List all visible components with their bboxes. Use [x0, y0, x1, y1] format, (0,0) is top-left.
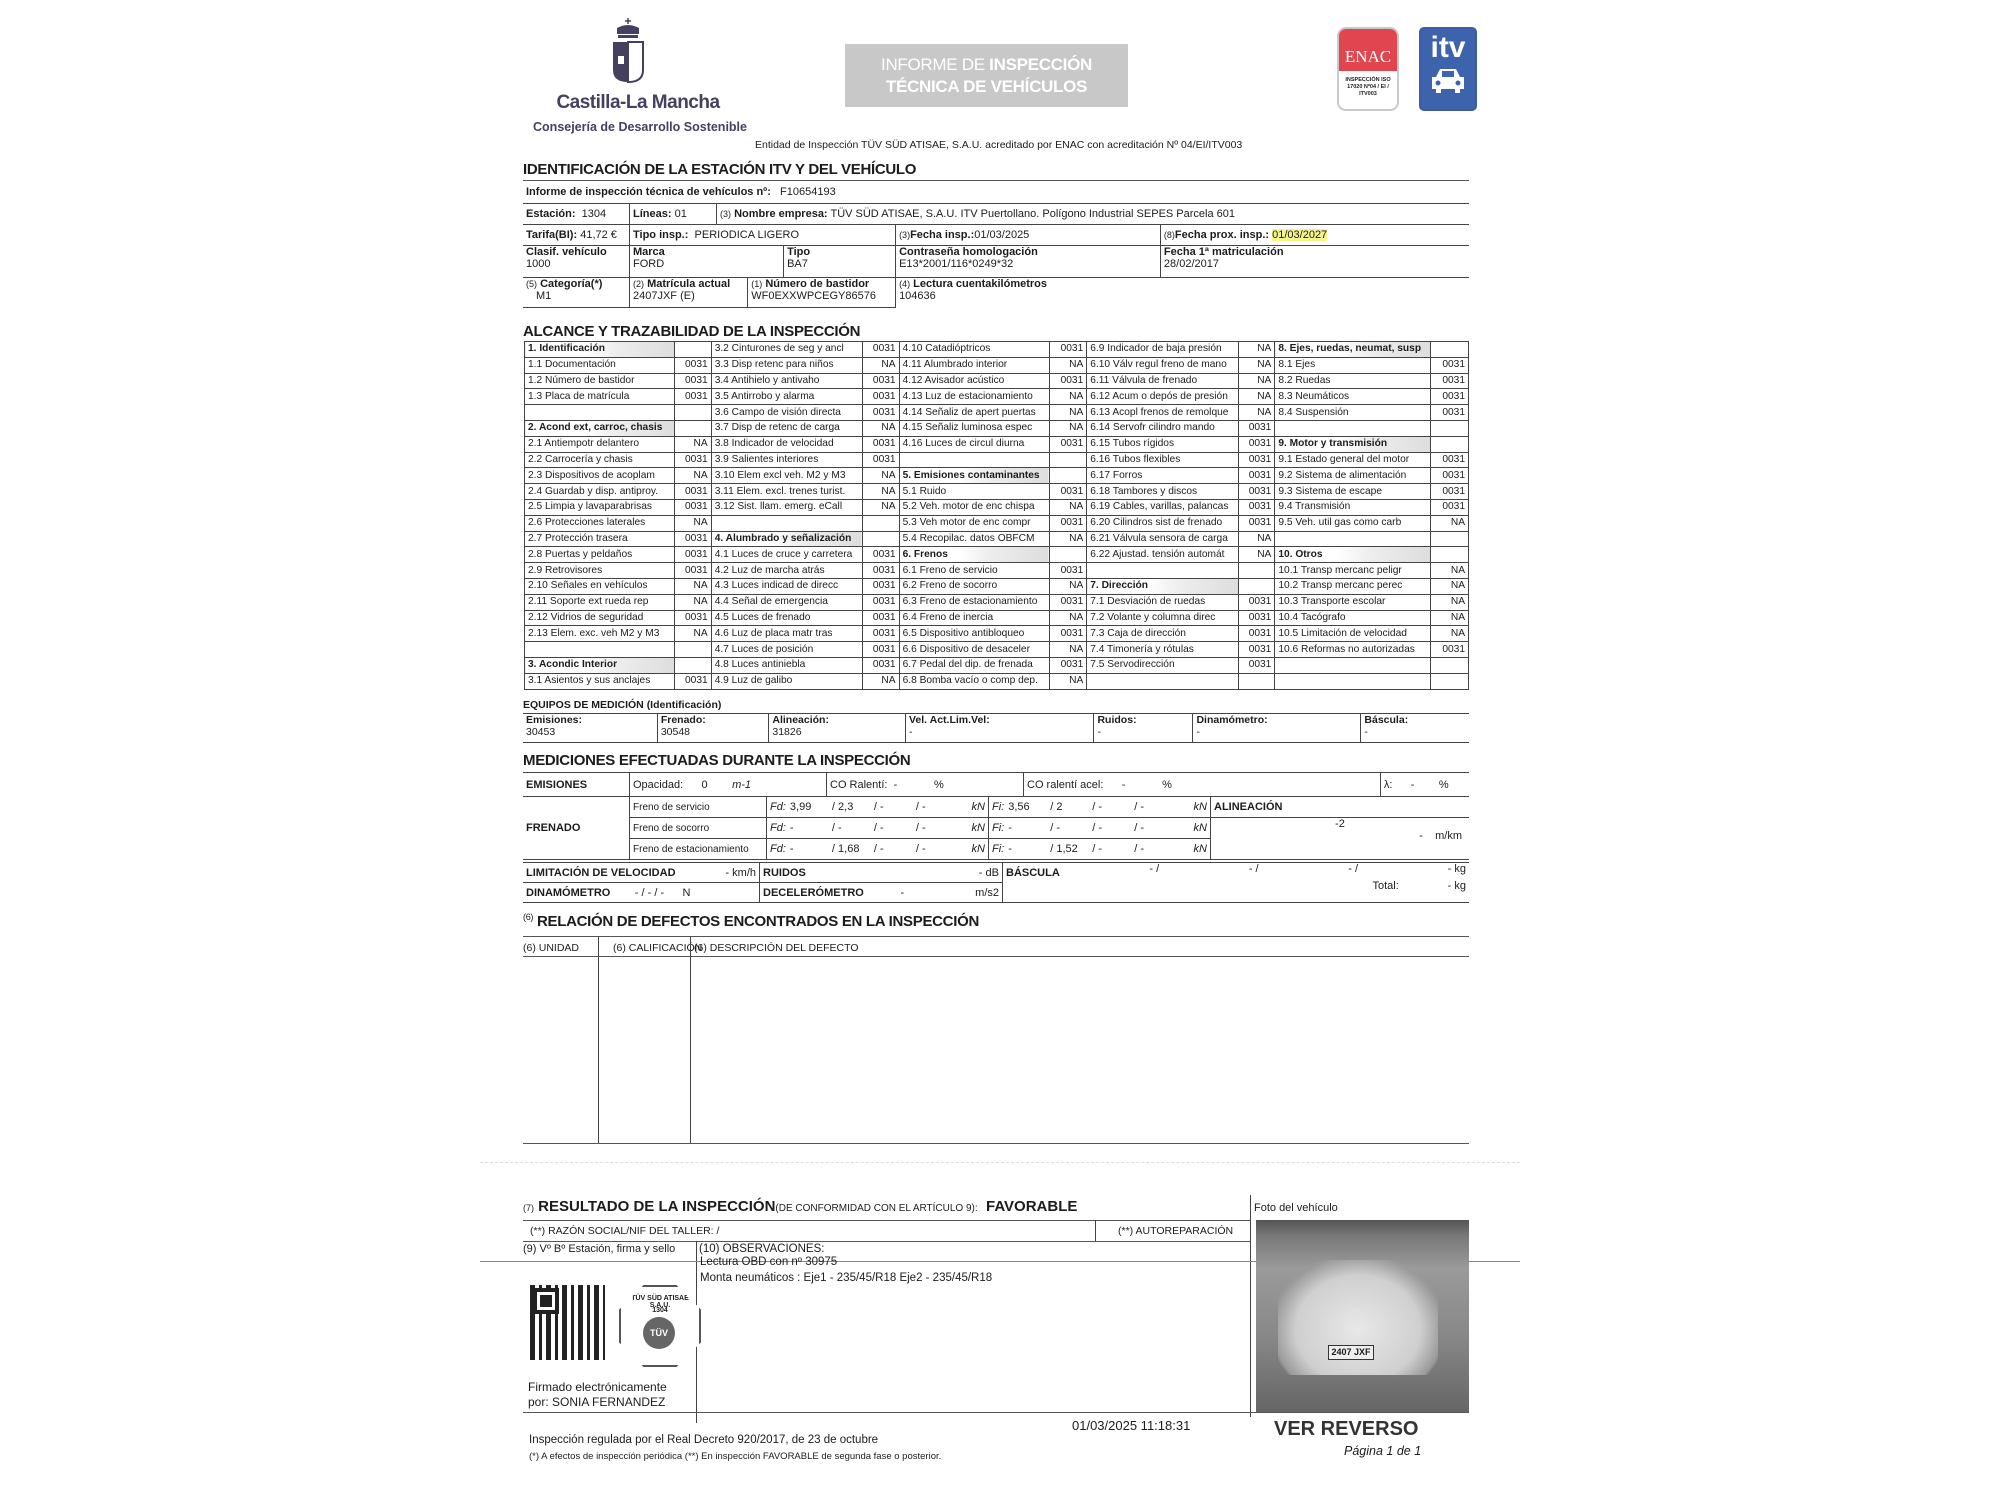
speed-limit-unit: km/h [732, 867, 756, 879]
scope-item-value: 0031 [1238, 436, 1275, 452]
scope-item-label [1087, 563, 1238, 579]
divider [523, 1220, 1250, 1221]
insp-date-label: Fecha insp.: [910, 229, 974, 241]
scope-item-value: 0031 [1430, 468, 1468, 484]
fi-value: - [1098, 843, 1102, 855]
scope-item-label: 4.8 Luces antiniebla [711, 657, 862, 673]
fd-value: - [790, 843, 794, 855]
scope-item-label: 6.17 Forros [1087, 468, 1238, 484]
scope-item-label: 8.3 Neumáticos [1275, 389, 1431, 405]
scope-item-label: 1.1 Documentación [525, 357, 675, 373]
scope-item-label: 5.3 Veh motor de enc compr [899, 515, 1050, 531]
co-accel-unit: % [1162, 779, 1172, 791]
regulation-text: Inspección regulada por el Real Decreto … [529, 1434, 878, 1446]
scope-item-value: NA [1050, 499, 1087, 515]
scope-item-label [1275, 657, 1431, 673]
divider [523, 180, 1469, 181]
fi-value: - [1008, 843, 1012, 855]
class-value: 1000 [526, 258, 626, 270]
decel-label: DECELERÓMETRO [763, 887, 864, 899]
scope-item-value: 0031 [1430, 452, 1468, 468]
scope-item-label: 6.6 Dispositivo de desaceler [899, 642, 1050, 658]
result-subtitle: (DE CONFORMIDAD CON EL ARTÍCULO 9): [775, 1203, 977, 1214]
timestamp: 01/03/2025 11:18:31 [1072, 1418, 1190, 1433]
scope-item-value: NA [1238, 547, 1275, 563]
lines-label: Líneas: [633, 208, 672, 220]
divider [523, 1143, 1469, 1144]
scope-item-label: 4.4 Señal de emergencia [711, 594, 862, 610]
odometer-ref: (4) [899, 279, 910, 289]
scope-item-label: 3.9 Salientes interiores [711, 452, 862, 468]
misc-measurements-table: LIMITACIÓN DE VELOCIDAD- km/h RUIDOS- dB… [523, 862, 1469, 903]
scan-artifact [480, 1162, 1520, 1163]
equipment-item: Alineación:31826 [769, 714, 906, 743]
brake-name: Freno de servicio [630, 797, 767, 818]
type-value: BA7 [787, 258, 892, 270]
scope-item-label: 3.5 Antirrobo y alarma [711, 389, 862, 405]
scope-item-value: 0031 [862, 642, 899, 658]
opacity-unit: m-1 [732, 779, 751, 791]
total-label: Total: [1372, 880, 1398, 892]
scope-item-label: 6.19 Cables, varillas, palancas [1087, 499, 1238, 515]
scope-item-value: 0031 [674, 389, 711, 405]
fd-label: Fd: [770, 801, 786, 813]
scope-item-label [1275, 531, 1431, 547]
result-title-text: RESULTADO DE LA INSPECCIÓN [538, 1198, 775, 1215]
scope-item-label: 2.4 Guardab y disp. antiproy. [525, 484, 675, 500]
equipment-label: Vel. Act.Lim.Vel: [909, 714, 1090, 726]
scope-item-label: 7.3 Caja de dirección [1087, 626, 1238, 642]
company-label: Nombre empresa: [734, 208, 828, 220]
scope-group-header: 3. Acondic Interior [525, 657, 675, 673]
scope-item-value [674, 642, 711, 658]
self-repair-divider [1095, 1220, 1096, 1241]
scope-item-value: 0031 [1238, 499, 1275, 515]
force-unit: kN [972, 822, 985, 834]
fd-value: - [880, 843, 884, 855]
scope-item-label: 6.15 Tubos rígidos [1087, 436, 1238, 452]
force-unit: kN [1194, 843, 1207, 855]
noise-unit: dB [986, 867, 999, 879]
scope-item-label: 4.16 Luces de circul diurna [899, 436, 1050, 452]
measurements-table: EMISIONES Opacidad: 0 m-1 CO Ralentí: - … [523, 772, 1469, 797]
scope-item-label: 6.9 Indicador de baja presión [1087, 342, 1238, 358]
enac-label: ENAC [1339, 29, 1397, 71]
homolog-value: E13*2001/116*0249*32 [899, 258, 1157, 270]
plate-label: Matrícula actual [647, 278, 730, 290]
scope-item-value: NA [1430, 515, 1468, 531]
scope-item-label: 3.11 Elem. excl. trenes turist. [711, 484, 862, 500]
scope-item-label: 6.3 Freno de estacionamiento [899, 594, 1050, 610]
equipment-value: - [909, 726, 1090, 738]
insp-date-ref: (3) [899, 230, 910, 240]
self-repair-label: (**) AUTOREPARACIÓN [1118, 1225, 1233, 1237]
scope-item-label: 2.8 Puertas y peldaños [525, 547, 675, 563]
scope-item-label: 7.1 Desviación de ruedas [1087, 594, 1238, 610]
scope-group-header: 1. Identificación [525, 342, 675, 358]
scope-item-label: 3.4 Antihielo y antivaho [711, 373, 862, 389]
scope-item-label: 9.4 Transmisión [1275, 499, 1431, 515]
scope-item-label: 4.14 Señaliz de apert puertas [899, 405, 1050, 421]
scope-item-label: 8.2 Ruedas [1275, 373, 1431, 389]
title-bold: INSPECCIÓN [989, 55, 1092, 74]
category-ref: (5) [526, 279, 537, 289]
scope-item-value [1430, 673, 1468, 689]
scope-item-value: 0031 [674, 547, 711, 563]
equipment-label: Dinamómetro: [1196, 714, 1357, 726]
scope-item-value: NA [1050, 405, 1087, 421]
force-unit: kN [1194, 822, 1207, 834]
scope-item-value: NA [1238, 389, 1275, 405]
insp-type-value: PERIODICA LIGERO [695, 229, 800, 241]
scope-item-label: 1.2 Número de bastidor [525, 373, 675, 389]
footnote-text: (*) A efectos de inspección periódica (*… [529, 1451, 941, 1462]
scope-item-label: 2.7 Protección trasera [525, 531, 675, 547]
scope-item-label: 9.5 Veh. util gas como carb [1275, 515, 1431, 531]
alignment-value: -2 [1214, 818, 1466, 830]
scope-item-value: NA [1238, 373, 1275, 389]
defects-col-divider [690, 936, 691, 1144]
station-label: Estación: [526, 208, 576, 220]
scope-item-value: NA [1050, 357, 1087, 373]
scope-item-value: NA [1430, 563, 1468, 579]
scope-item-value: NA [862, 357, 899, 373]
first-reg-label: Fecha 1ª matriculación [1164, 246, 1466, 258]
scope-item-value: 0031 [862, 578, 899, 594]
equipment-value: - [1196, 726, 1357, 738]
scale-value-2: - / [1249, 863, 1259, 879]
equipment-item: Emisiones:30453 [523, 714, 657, 743]
scope-group-header-value [1050, 468, 1087, 484]
scope-item-label: 6.7 Pedal del dip. de frenada [899, 657, 1050, 673]
scope-item-label: 6.2 Freno de socorro [899, 578, 1050, 594]
equipment-value: - [1097, 726, 1189, 738]
vin-ref: (1) [751, 279, 762, 289]
scope-item-label: 6.22 Ajustad. tensión automát [1087, 547, 1238, 563]
decel-value: - [901, 887, 905, 899]
scope-item-value: 0031 [674, 452, 711, 468]
scope-item-value: NA [1050, 389, 1087, 405]
scope-group-header-value [1238, 578, 1275, 594]
opacity-label: Opacidad: [633, 779, 683, 791]
scope-item-label: 6.10 Válv regul freno de mano [1087, 357, 1238, 373]
photo-divider [1250, 1195, 1251, 1417]
scope-item-value: 0031 [1238, 452, 1275, 468]
scope-item-label: 6.16 Tubos flexibles [1087, 452, 1238, 468]
defects-col-unit: (6) UNIDAD [523, 942, 579, 954]
scope-item-value: 0031 [862, 610, 899, 626]
equipment-label: Emisiones: [526, 714, 654, 726]
odometer-label: Lectura cuentakilómetros [913, 278, 1047, 290]
equipment-table: Emisiones:30453Frenado:30548Alineación:3… [523, 713, 1469, 743]
title-light: INFORME DE [881, 55, 989, 74]
scope-item-label: 4.1 Luces de cruce y carretera [711, 547, 862, 563]
scope-item-value [674, 405, 711, 421]
next-insp-ref: (8) [1164, 230, 1175, 240]
enac-sub: INSPECCIÓN ISO 17020 Nº04 / EI / ITV003 [1339, 71, 1397, 98]
scope-item-label: 4.7 Luces de posición [711, 642, 862, 658]
equipment-label: Báscula: [1364, 714, 1466, 726]
scale-value-4: - kg [1448, 863, 1466, 879]
scope-item-value: 0031 [862, 436, 899, 452]
scope-item-value: NA [1430, 594, 1468, 610]
equipment-item: Dinamómetro:- [1193, 714, 1361, 743]
equipment-item: Báscula:- [1361, 714, 1469, 743]
scope-item-value: 0031 [862, 342, 899, 358]
scope-item-label: 3.2 Cinturones de seg y ancl [711, 342, 862, 358]
fi-value: - [1098, 822, 1102, 834]
co-accel-value: - [1122, 779, 1126, 791]
lines-value: 01 [675, 208, 687, 220]
scope-item-label: 4.12 Avisador acústico [899, 373, 1050, 389]
scope-item-value: 0031 [1238, 484, 1275, 500]
signature: Firmado electrónicamente por: SONIA FERN… [528, 1380, 667, 1410]
scope-item-label: 4.10 Catadióptricos [899, 342, 1050, 358]
result-ref: (7) [523, 1203, 534, 1213]
scope-item-label: 6.5 Dispositivo antibloqueo [899, 626, 1050, 642]
scope-item-label: 1.3 Placa de matrícula [525, 389, 675, 405]
braking-label: FRENADO [523, 797, 630, 860]
scope-item-value: 0031 [1238, 420, 1275, 436]
scope-item-label: 4.15 Señaliz luminosa espec [899, 420, 1050, 436]
fi-value: - [1008, 822, 1012, 834]
seal-logo: TÜV [643, 1317, 675, 1349]
vin-value: WF0EXXWPCEGY86576 [751, 290, 892, 302]
dyn-label: DINAMÓMETRO [526, 887, 610, 899]
brake-name: Freno de estacionamiento [630, 839, 767, 860]
signed-line-1: Firmado electrónicamente [528, 1380, 667, 1395]
fd-value: - [922, 801, 926, 813]
scope-item-label: 2.9 Retrovisores [525, 563, 675, 579]
alignment-unit: m/km [1435, 830, 1462, 842]
scope-item-value: 0031 [862, 373, 899, 389]
scope-item-value: 0031 [1050, 373, 1087, 389]
scope-item-value: NA [1430, 578, 1468, 594]
scope-item-value: 0031 [1430, 642, 1468, 658]
co-accel-label: CO ralentí acel: [1027, 779, 1103, 791]
scope-item-value: 0031 [1050, 657, 1087, 673]
fd-value: 1,68 [838, 843, 859, 855]
fi-value: - [1056, 822, 1060, 834]
odometer-value: 104636 [899, 290, 1466, 302]
dyn-value: - / - / - [635, 887, 664, 899]
category-value: M1 [526, 290, 626, 302]
scope-item-value: NA [674, 436, 711, 452]
scope-item-label: 7.2 Volante y columna direc [1087, 610, 1238, 626]
see-reverse: VER REVERSO [1274, 1418, 1418, 1441]
scope-item-label: 2.6 Protecciones laterales [525, 515, 675, 531]
result-title: (7) RESULTADO DE LA INSPECCIÓN(DE CONFOR… [523, 1198, 1077, 1215]
scope-item-label: 4.13 Luz de estacionamiento [899, 389, 1050, 405]
scope-item-label: 2.10 Señales en vehículos [525, 578, 675, 594]
scope-item-value: 0031 [674, 531, 711, 547]
scope-group-header-value [674, 657, 711, 673]
dyn-unit: N [682, 887, 690, 899]
fi-label: Fi: [992, 822, 1004, 834]
title-line2: TÉCNICA DE VEHÍCULOS [886, 77, 1087, 96]
page-number: Página 1 de 1 [1344, 1444, 1421, 1458]
scope-item-label: 6.11 Válvula de frenado [1087, 373, 1238, 389]
equipment-item: Frenado:30548 [657, 714, 769, 743]
car-icon [1428, 65, 1468, 95]
scope-item-label: 4.2 Luz de marcha atrás [711, 563, 862, 579]
scope-item-label: 10.1 Transp mercanc peligr [1275, 563, 1431, 579]
scope-item-value: NA [1238, 357, 1275, 373]
tariff-label: Tarifa(BI): [526, 229, 577, 241]
scope-item-value: 0031 [1050, 626, 1087, 642]
scope-item-label: 3.10 Elem excl veh. M2 y M3 [711, 468, 862, 484]
scope-item-value [1430, 531, 1468, 547]
equipment-label: Alineación: [772, 714, 902, 726]
fd-value: - [880, 822, 884, 834]
scope-group-header: 10. Otros [1275, 547, 1431, 563]
scope-table: 1. Identificación3.2 Cinturones de seg y… [524, 341, 1469, 690]
scope-item-value: 0031 [1050, 563, 1087, 579]
fd-value: - [922, 822, 926, 834]
scope-item-label: 2.1 Antiempotr delantero [525, 436, 675, 452]
scope-item-value: 0031 [862, 657, 899, 673]
scope-item-value: 0031 [1238, 626, 1275, 642]
scope-group-header-value [1430, 342, 1468, 358]
report-number-label: Informe de inspección técnica de vehícul… [526, 186, 771, 198]
itv-logo: itv [1419, 27, 1477, 111]
plate-value: 2407JXF (E) [633, 290, 744, 302]
scope-item-label: 6.8 Bomba vacío o comp dep. [899, 673, 1050, 689]
scope-item-label: 6.18 Tambores y discos [1087, 484, 1238, 500]
fd-value: 2,3 [838, 801, 853, 813]
region-department: Consejería de Desarrollo Sostenible [530, 120, 750, 134]
scope-title: ALCANCE Y TRAZABILIDAD DE LA INSPECCIÓN [523, 323, 860, 340]
scope-item-label: 9.1 Estado general del motor [1275, 452, 1431, 468]
scope-item-value: 0031 [1238, 515, 1275, 531]
scope-item-value: 0031 [862, 594, 899, 610]
fi-value: 2 [1056, 801, 1062, 813]
scope-item-value: NA [1050, 578, 1087, 594]
document-title: INFORME DE INSPECCIÓN TÉCNICA DE VEHÍCUL… [845, 44, 1128, 107]
scope-item-label: 10.2 Transp mercanc perec [1275, 578, 1431, 594]
scope-item-value: NA [862, 673, 899, 689]
fi-label: Fi: [992, 843, 1004, 855]
scope-item-value: 0031 [674, 484, 711, 500]
scope-item-label: 3.6 Campo de visión directa [711, 405, 862, 421]
scope-item-value: NA [674, 468, 711, 484]
scope-item-value [862, 515, 899, 531]
scope-item-value: 0031 [1430, 373, 1468, 389]
fi-label: Fi: [992, 801, 1004, 813]
force-unit: kN [972, 843, 985, 855]
seal-code: 1304 [621, 1307, 699, 1314]
scope-item-label: 2.13 Elem. exc. veh M2 y M3 [525, 626, 675, 642]
scope-item-label: 6.20 Cilindros sist de frenado [1087, 515, 1238, 531]
scale-value-3: - / [1348, 863, 1358, 879]
next-insp-date: 01/03/2027 [1272, 229, 1327, 241]
scope-item-label: 6.21 Válvula sensora de carga [1087, 531, 1238, 547]
scope-group-header: 9. Motor y transmisión [1275, 436, 1431, 452]
scope-item-label: 10.6 Reformas no autorizadas [1275, 642, 1431, 658]
scope-group-header: 5. Emisiones contaminantes [899, 468, 1050, 484]
vin-label: Número de bastidor [765, 278, 869, 290]
obs-label: (10) OBSERVACIONES: [699, 1243, 824, 1255]
scope-item-value [1050, 452, 1087, 468]
itv-label: itv [1421, 31, 1475, 65]
lambda-label: λ: [1384, 779, 1393, 791]
class-label: Clasif. vehículo [526, 246, 626, 258]
scope-item-label: 10.3 Transporte escolar [1275, 594, 1431, 610]
scope-item-label: 4.9 Luz de galibo [711, 673, 862, 689]
brand-value: FORD [633, 258, 780, 270]
scope-group-header-value [1430, 436, 1468, 452]
lambda-unit: % [1439, 779, 1449, 791]
brake-name: Freno de socorro [630, 818, 767, 839]
equipment-label: Ruidos: [1097, 714, 1189, 726]
scope-item-value: 0031 [862, 389, 899, 405]
equipment-title-text: EQUIPOS DE MEDICIÓN [523, 699, 644, 711]
scope-item-label: 7.5 Servodirección [1087, 657, 1238, 673]
scope-item-label: 8.4 Suspensión [1275, 405, 1431, 421]
scope-item-value: 0031 [674, 373, 711, 389]
scope-group-header: 8. Ejes, ruedas, neumat, susp [1275, 342, 1431, 358]
scope-item-value: 0031 [1238, 657, 1275, 673]
company-value: TÜV SÜD ATISAE, S.A.U. ITV Puertollano. … [830, 208, 1235, 220]
equipment-title-sub: (Identificación) [647, 699, 722, 711]
scope-group-header-value [1430, 547, 1468, 563]
scope-item-label: 2.3 Dispositivos de acoplam [525, 468, 675, 484]
homolog-label: Contraseña homologación [899, 246, 1157, 258]
scope-item-value: 0031 [1238, 468, 1275, 484]
defects-col-desc: (6) DESCRIPCIÓN DEL DEFECTO [694, 942, 859, 954]
scope-item-value: 0031 [1430, 405, 1468, 421]
scope-item-label: 5.4 Recopilac. datos OBFCM [899, 531, 1050, 547]
scope-item-value: 0031 [1238, 594, 1275, 610]
scale-value-1: - / [1149, 863, 1159, 879]
force-unit: kN [972, 801, 985, 813]
scope-group-header-value [862, 531, 899, 547]
scope-item-value: 0031 [862, 563, 899, 579]
scope-item-label: 9.3 Sistema de escape [1275, 484, 1431, 500]
scope-item-value: 0031 [862, 626, 899, 642]
defects-title: (6) RELACIÓN DE DEFECTOS ENCONTRADOS EN … [523, 912, 979, 930]
scope-item-label [525, 642, 675, 658]
fd-label: Fd: [770, 822, 786, 834]
emissions-label: EMISIONES [523, 773, 630, 797]
scope-item-value: NA [1050, 673, 1087, 689]
fd-label: Fd: [770, 843, 786, 855]
divider [523, 956, 1469, 957]
total-value: - kg [1448, 880, 1466, 892]
equipment-label: Frenado: [661, 714, 766, 726]
co-idle-unit: % [934, 779, 944, 791]
scope-group-header: 6. Frenos [899, 547, 1050, 563]
scope-item-label: 4.5 Luces de frenado [711, 610, 862, 626]
scope-item-label: 10.5 Limitación de velocidad [1275, 626, 1431, 642]
region-name: Castilla-La Mancha [553, 92, 723, 114]
identification-table: Informe de inspección técnica de vehícul… [523, 182, 1469, 308]
fi-value: - [1140, 822, 1144, 834]
station-seal-icon: TÜV SÜD ATISAE S.A.U. 1304 TÜV [619, 1285, 701, 1367]
defects-col-rating: (6) CALIFICACIÓN [613, 942, 702, 954]
scope-group-header: 4. Alumbrado y señalización [711, 531, 862, 547]
company-ref: (3) [720, 209, 731, 219]
scope-item-label: 3.3 Disp retenc para niños [711, 357, 862, 373]
scope-item-value: 0031 [1430, 499, 1468, 515]
scope-item-label: 3.1 Asientos y sus anclajes [525, 673, 675, 689]
equipment-item: Ruidos:- [1094, 714, 1193, 743]
scope-item-label [525, 405, 675, 421]
co-idle-label: CO Ralentí: [830, 779, 887, 791]
scope-item-label: 6.12 Acum o depós de presión [1087, 389, 1238, 405]
scope-item-value: 0031 [862, 405, 899, 421]
scope-item-value: 0031 [674, 563, 711, 579]
